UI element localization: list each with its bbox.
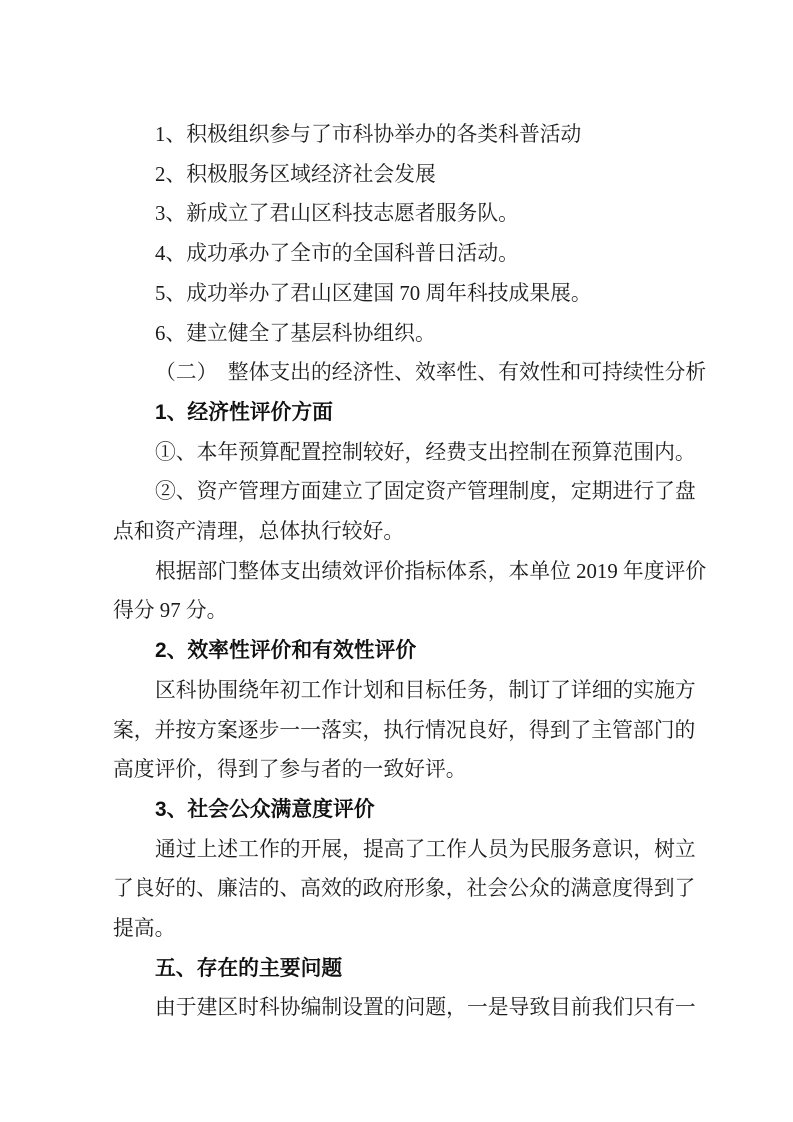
para-budget-control: ①、本年预算配置控制较好，经费支出控制在预算范围内。 <box>113 433 698 473</box>
para-evaluation-score: 根据部门整体支出绩效评价指标体系，本单位 2019 年度评价 得分 97 分。 <box>113 552 698 631</box>
achievement-item-2: 2、积极服务区域经济社会发展 <box>113 155 698 195</box>
document-page: 1、积极组织参与了市科协举办的各类科普活动 2、积极服务区域经济社会发展 3、新… <box>0 0 793 1122</box>
para-implementation-plan: 区科协围绕年初工作计划和目标任务，制订了详细的实施方 案，并按方案逐步一一落实，… <box>113 671 698 790</box>
heading-public-satisfaction-evaluation: 3、社会公众满意度评价 <box>113 790 698 830</box>
subsection-title-overall-expenditure-analysis: （二） 整体支出的经济性、效率性、有效性和可持续性分析 <box>113 353 698 393</box>
achievement-item-1: 1、积极组织参与了市科协举办的各类科普活动 <box>113 115 698 155</box>
para-problems-intro: 由于建区时科协编制设置的问题，一是导致目前我们只有一 <box>113 988 698 1028</box>
achievement-item-6: 6、建立健全了基层科协组织。 <box>113 314 698 354</box>
para-public-satisfaction: 通过上述工作的开展，提高了工作人员为民服务意识，树立 了良好的、廉洁的、高效的政… <box>113 830 698 949</box>
achievement-item-3: 3、新成立了君山区科技志愿者服务队。 <box>113 194 698 234</box>
heading-economy-evaluation: 1、经济性评价方面 <box>113 393 698 433</box>
achievement-item-4: 4、成功承办了全市的全国科普日活动。 <box>113 234 698 274</box>
achievement-item-5: 5、成功举办了君山区建国 70 周年科技成果展。 <box>113 274 698 314</box>
heading-efficiency-effectiveness-evaluation: 2、效率性评价和有效性评价 <box>113 631 698 671</box>
heading-main-problems: 五、存在的主要问题 <box>113 949 698 989</box>
document-body: 1、积极组织参与了市科协举办的各类科普活动 2、积极服务区域经济社会发展 3、新… <box>113 115 698 1028</box>
para-asset-management: ②、资产管理方面建立了固定资产管理制度，定期进行了盘 点和资产清理，总体执行较好… <box>113 472 698 551</box>
